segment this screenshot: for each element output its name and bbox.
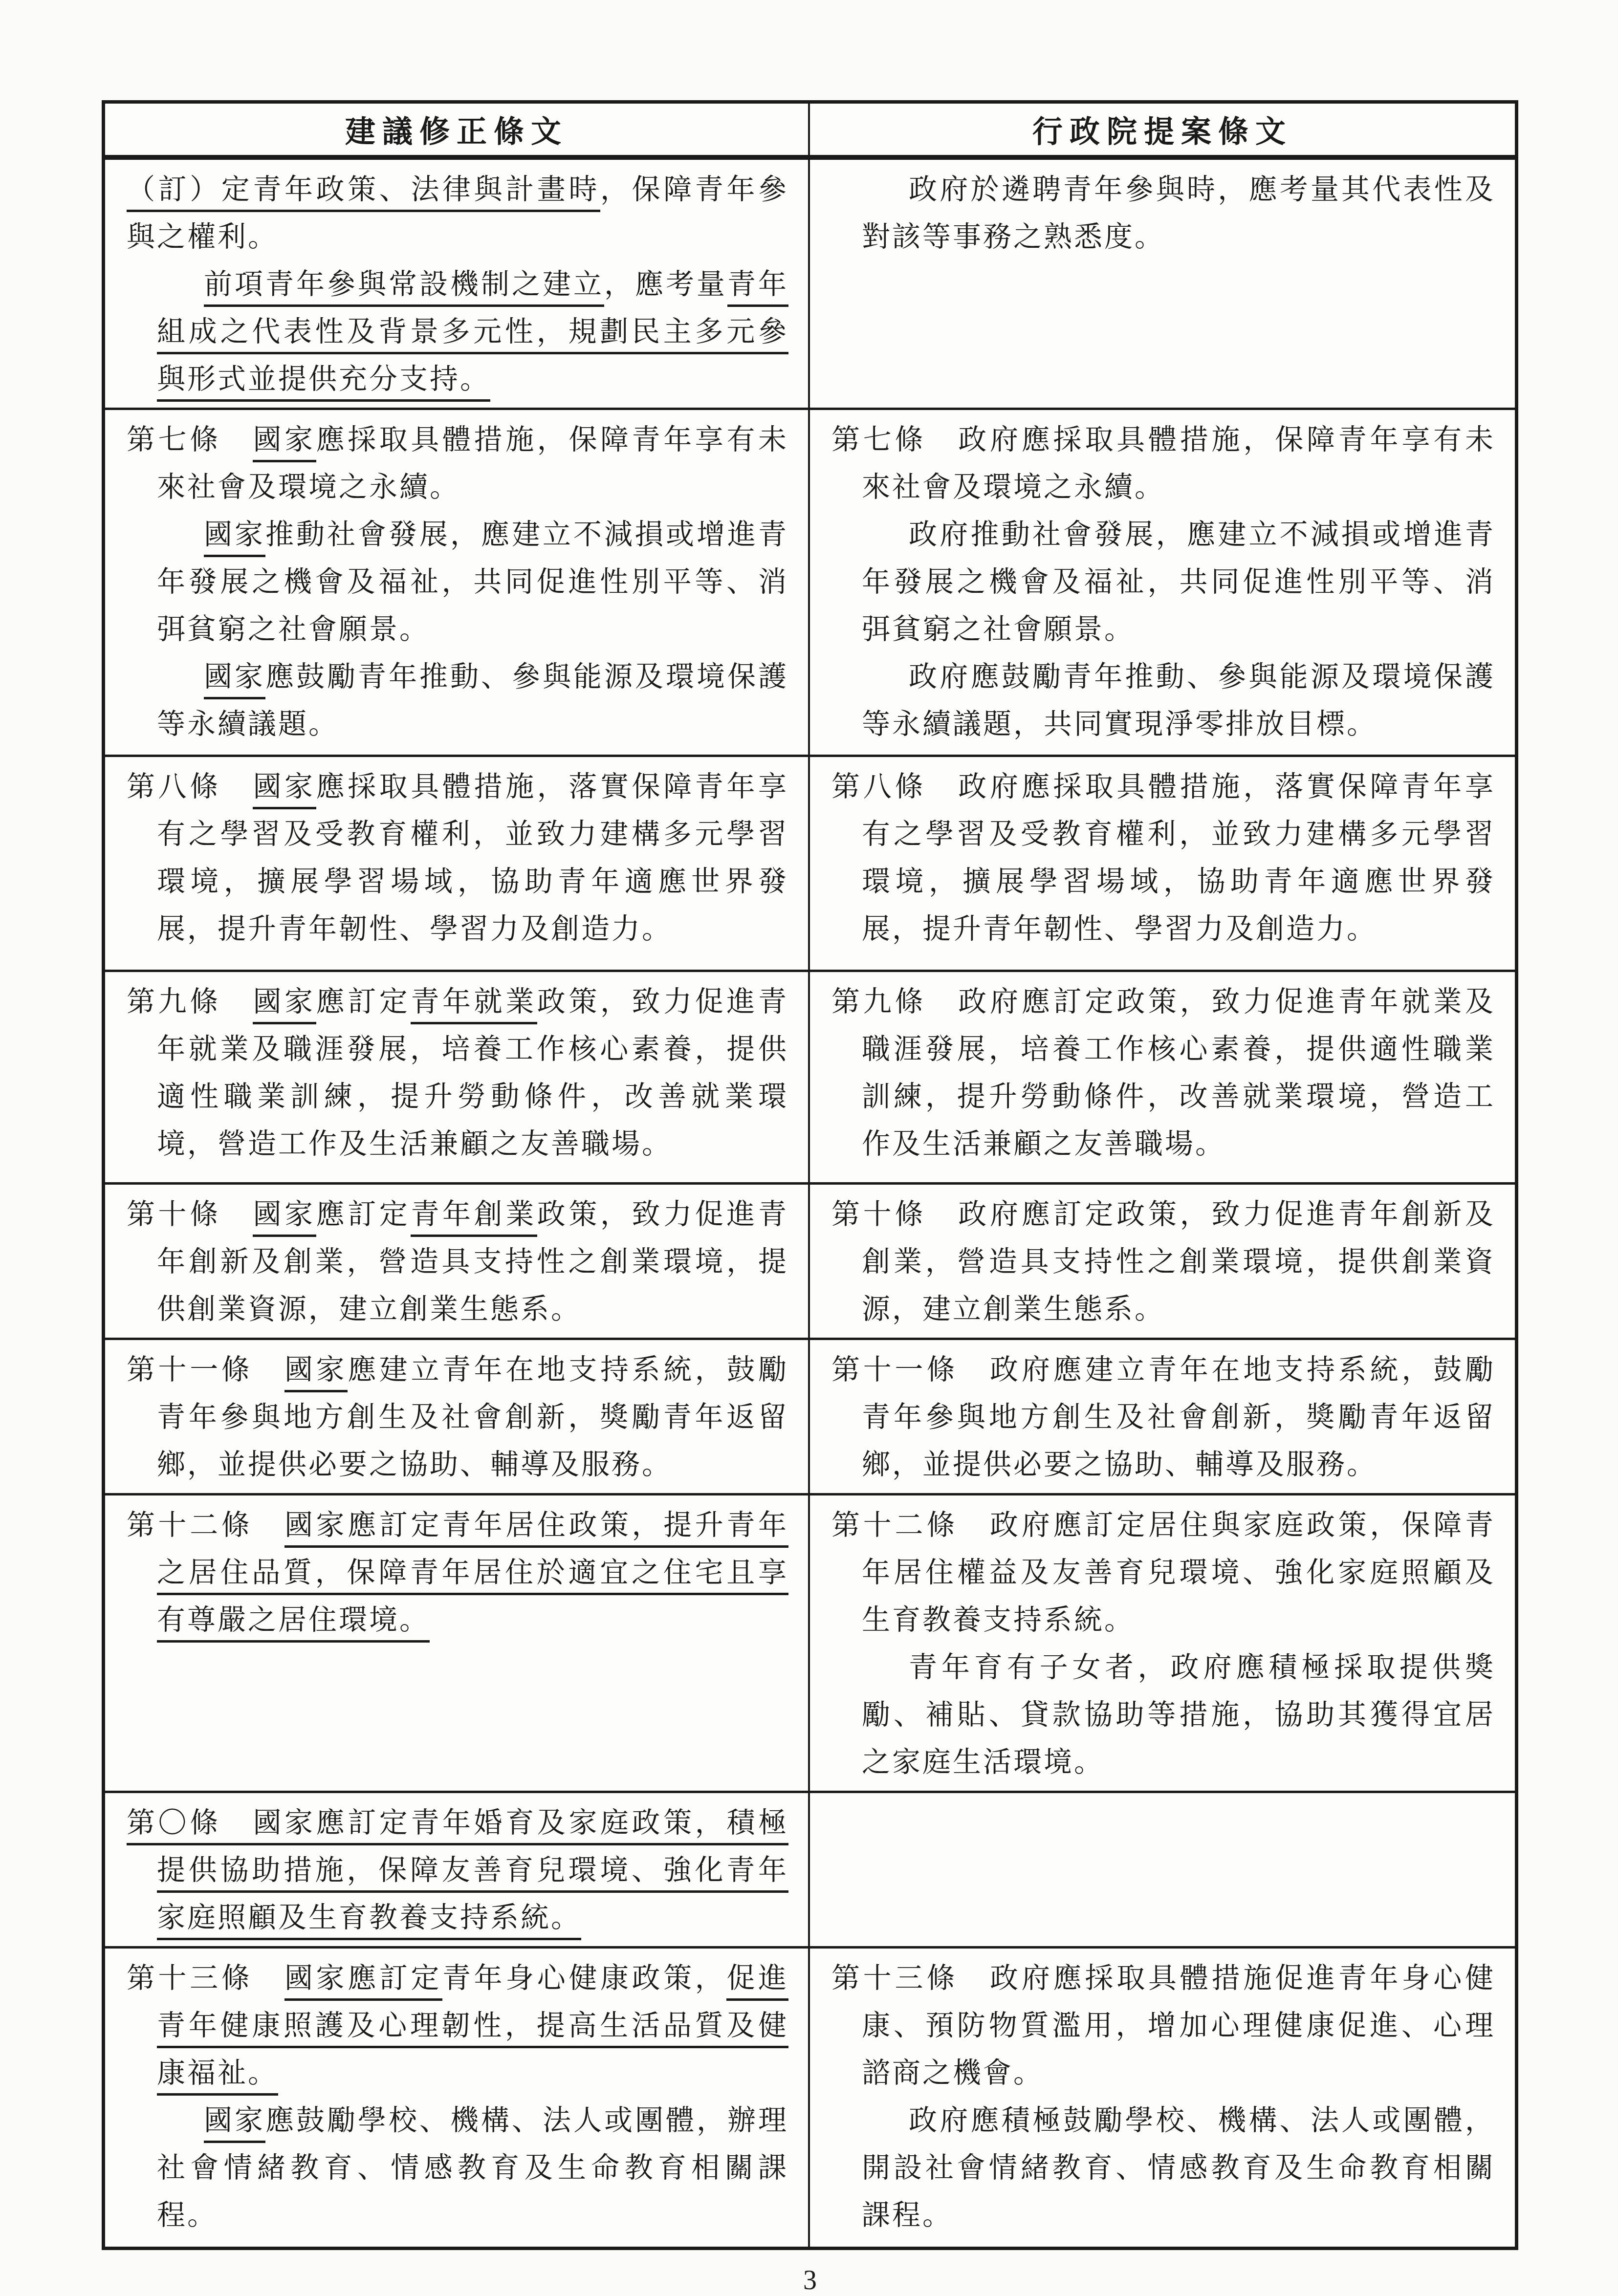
clause-paragraph: 政府應鼓勵青年推動、參與能源及環境保護等永續議題，共同實現淨零排放目標。 (831, 653, 1495, 748)
underlined-text-run: 國家 (253, 771, 316, 809)
table-row-article-10: 第十條 國家應訂定青年創業政策，致力促進青年創新及創業，營造具支持性之創業環境，… (105, 1185, 1515, 1340)
table-row-article-7: 第七條 國家應採取具體措施，保障青年享有未來社會及環境之永續。國家推動社會發展，… (105, 410, 1515, 757)
underlined-text-run: 國家 (284, 1354, 348, 1392)
table-row-article-6-cont: （訂）定青年政策、法律與計畫時，保障青年參與之權利。前項青年參與常設機制之建立，… (105, 160, 1515, 410)
text-run: 第十三條 (127, 1962, 284, 1994)
text-run: 第十條 (127, 1198, 253, 1230)
underlined-text-run: 國家 (253, 986, 316, 1024)
cell-right-article-0 (810, 1793, 1515, 1946)
cell-right-article-9: 第九條 政府應訂定政策，致力促進青年就業及職涯發展，培養工作核心素養，提供適性職… (810, 972, 1515, 1182)
text-run: 第七條 政府應採取具體措施，保障青年享有未來社會及環境之永續。 (831, 424, 1495, 503)
page-number: 3 (102, 2265, 1518, 2296)
text-run: 第十二條 (127, 1509, 284, 1541)
text-run: 第九條 政府應訂定政策，致力促進青年就業及職涯發展，培養工作核心素養，提供適性職… (831, 986, 1495, 1160)
text-run: 第九條 (127, 986, 253, 1018)
clause-paragraph: 國家應鼓勵學校、機構、法人或團體，辦理社會情緒教育、情感教育及生命教育相關課程。 (127, 2097, 788, 2239)
clause-paragraph: 第九條 政府應訂定政策，致力促進青年就業及職涯發展，培養工作核心素養，提供適性職… (831, 978, 1495, 1168)
clause-paragraph: 第十條 政府應訂定政策，致力促進青年創新及創業，營造具支持性之創業環境，提供創業… (831, 1191, 1495, 1333)
clause-paragraph: 第七條 政府應採取具體措施，保障青年享有未來社會及環境之永續。 (831, 416, 1495, 511)
clause-comparison-table: 建議修正條文 行政院提案條文 （訂）定青年政策、法律與計畫時，保障青年參與之權利… (102, 100, 1518, 2250)
clause-paragraph: 前項青年參與常設機制之建立，應考量青年組成之代表性及背景多元性，規劃民主多元參與… (127, 260, 788, 403)
clause-paragraph: 第九條 國家應訂定青年就業政策，致力促進青年就業及職涯發展，培養工作核心素養，提… (127, 978, 788, 1168)
text-run: 青年身心健康政策， (442, 1962, 726, 1994)
underlined-text-run: 國家應訂定 (284, 1962, 442, 2001)
underlined-text-run: 國家 (204, 2104, 265, 2143)
underlined-text-run: （訂）定青年政策、法律與計畫時 (127, 173, 600, 212)
cell-left-article-11: 第十一條 國家應建立青年在地支持系統，鼓勵青年參與地方創生及社會創新，獎勵青年返… (105, 1340, 810, 1493)
underlined-text-run: 國家 (253, 424, 316, 462)
table-row-article-12: 第十二條 國家應訂定青年居住政策，提升青年之居住品質，保障青年居住於適宜之住宅且… (105, 1495, 1515, 1793)
cell-right-article-12: 第十二條 政府應訂定居住與家庭政策，保障青年居住權益及友善育兒環境、強化家庭照顧… (810, 1495, 1515, 1791)
text-run: 應訂定 (316, 986, 411, 1018)
text-run: 政府應積極鼓勵學校、機構、法人或團體，開設社會情緒教育、情感教育及生命教育相關課… (862, 2104, 1495, 2231)
cell-right-article-7: 第七條 政府應採取具體措施，保障青年享有未來社會及環境之永續。政府推動社會發展，… (810, 410, 1515, 755)
underlined-text-run: 青年就業 (411, 986, 537, 1024)
text-run: 第十三條 政府應採取具體措施促進青年身心健康、預防物質濫用，增加心理健康促進、心… (831, 1962, 1495, 2089)
cell-left-article-12: 第十二條 國家應訂定青年居住政策，提升青年之居住品質，保障青年居住於適宜之住宅且… (105, 1495, 810, 1791)
cell-right-article-8: 第八條 政府應採取具體措施，落實保障青年享有之學習及受教育權利，並致力建構多元學… (810, 757, 1515, 970)
table-row-article-8: 第八條 國家應採取具體措施，落實保障青年享有之學習及受教育權利，並致力建構多元學… (105, 757, 1515, 972)
cell-left-article-10: 第十條 國家應訂定青年創業政策，致力促進青年創新及創業，營造具支持性之創業環境，… (105, 1185, 810, 1338)
cell-right-article-13: 第十三條 政府應採取具體措施促進青年身心健康、預防物質濫用，增加心理健康促進、心… (810, 1949, 1515, 2247)
table-row-article-13: 第十三條 國家應訂定青年身心健康政策，促進青年健康照護及心理韌性，提高生活品質及… (105, 1949, 1515, 2247)
column-header-proposed-amendment: 建議修正條文 (105, 104, 810, 155)
text-run: 第十二條 政府應訂定居住與家庭政策，保障青年居住權益及友善育兒環境、強化家庭照顧… (831, 1509, 1495, 1636)
clause-paragraph: 第七條 國家應採取具體措施，保障青年享有未來社會及環境之永續。 (127, 416, 788, 511)
underlined-text-run: 前項青年參與常設機制之建立 (204, 268, 604, 307)
cell-left-article-9: 第九條 國家應訂定青年就業政策，致力促進青年就業及職涯發展，培養工作核心素養，提… (105, 972, 810, 1182)
column-header-executive-yuan-draft: 行政院提案條文 (810, 104, 1515, 155)
table-row-article-9: 第九條 國家應訂定青年就業政策，致力促進青年就業及職涯發展，培養工作核心素養，提… (105, 972, 1515, 1185)
underlined-text-run: 青年創業 (411, 1198, 537, 1237)
clause-paragraph: 政府於遴聘青年參與時，應考量其代表性及對該等事務之熟悉度。 (831, 166, 1495, 260)
cell-left-article-7: 第七條 國家應採取具體措施，保障青年享有未來社會及環境之永續。國家推動社會發展，… (105, 410, 810, 755)
table-header-row: 建議修正條文 行政院提案條文 (105, 104, 1515, 160)
clause-paragraph: 政府應積極鼓勵學校、機構、法人或團體，開設社會情緒教育、情感教育及生命教育相關課… (831, 2097, 1495, 2239)
text-run: 第八條 政府應採取具體措施，落實保障青年享有之學習及受教育權利，並致力建構多元學… (831, 771, 1495, 945)
text-run: 第八條 (127, 771, 253, 802)
clause-paragraph: 第十條 國家應訂定青年創業政策，致力促進青年創新及創業，營造具支持性之創業環境，… (127, 1191, 788, 1333)
clause-paragraph: 青年育有子女者，政府應積極採取提供獎勵、補貼、貸款協助等措施，協助其獲得宜居之家… (831, 1644, 1495, 1786)
text-run: 政府應鼓勵青年推動、參與能源及環境保護等永續議題，共同實現淨零排放目標。 (862, 661, 1495, 740)
underlined-text-run: 國家 (204, 519, 265, 557)
clause-paragraph: 第十三條 政府應採取具體措施促進青年身心健康、預防物質濫用，增加心理健康促進、心… (831, 1954, 1495, 2097)
clause-paragraph: 第十二條 政府應訂定居住與家庭政策，保障青年居住權益及友善育兒環境、強化家庭照顧… (831, 1501, 1495, 1644)
text-run: ，應考量 (604, 268, 727, 300)
clause-paragraph: 第〇條 國家應訂定青年婚育及家庭政策，積極提供協助措施，保障友善育兒環境、強化青… (127, 1799, 788, 1941)
text-run: 第十一條 (127, 1354, 284, 1386)
cell-right-article-11: 第十一條 政府應建立青年在地支持系統，鼓勵青年參與地方創生及社會創新，獎勵青年返… (810, 1340, 1515, 1493)
cell-left-article-6-cont: （訂）定青年政策、法律與計畫時，保障青年參與之權利。前項青年參與常設機制之建立，… (105, 160, 810, 408)
clause-paragraph: 第八條 國家應採取具體措施，落實保障青年享有之學習及受教育權利，並致力建構多元學… (127, 763, 788, 953)
text-run: 第七條 (127, 424, 253, 455)
text-run: 應訂定 (316, 1198, 411, 1230)
clause-paragraph: 第十一條 政府應建立青年在地支持系統，鼓勵青年參與地方創生及社會創新，獎勵青年返… (831, 1346, 1495, 1488)
clause-paragraph: 第十二條 國家應訂定青年居住政策，提升青年之居住品質，保障青年居住於適宜之住宅且… (127, 1501, 788, 1644)
clause-paragraph: 第十一條 國家應建立青年在地支持系統，鼓勵青年參與地方創生及社會創新，獎勵青年返… (127, 1346, 788, 1488)
clause-paragraph: 第八條 政府應採取具體措施，落實保障青年享有之學習及受教育權利，並致力建構多元學… (831, 763, 1495, 953)
table-body: （訂）定青年政策、法律與計畫時，保障青年參與之權利。前項青年參與常設機制之建立，… (105, 160, 1515, 2247)
text-run: 第十條 政府應訂定政策，致力促進青年創新及創業，營造具支持性之創業環境，提供創業… (831, 1198, 1495, 1325)
clause-paragraph: 政府推動社會發展，應建立不減損或增進青年發展之機會及福祉，共同促進性別平等、消弭… (831, 511, 1495, 653)
table-row-article-11: 第十一條 國家應建立青年在地支持系統，鼓勵青年參與地方創生及社會創新，獎勵青年返… (105, 1340, 1515, 1495)
underlined-text-run: 國家 (253, 1198, 316, 1237)
text-run: 青年育有子女者，政府應積極採取提供獎勵、補貼、貸款協助等措施，協助其獲得宜居之家… (862, 1651, 1495, 1778)
text-run: 政府於遴聘青年參與時，應考量其代表性及對該等事務之熟悉度。 (862, 173, 1495, 253)
cell-left-article-0: 第〇條 國家應訂定青年婚育及家庭政策，積極提供協助措施，保障友善育兒環境、強化青… (105, 1793, 810, 1946)
underlined-text-run: 第〇條 國家應訂定青年婚育及家庭政策，積極提供協助措施，保障友善育兒環境、強化青… (127, 1807, 788, 1940)
cell-left-article-8: 第八條 國家應採取具體措施，落實保障青年享有之學習及受教育權利，並致力建構多元學… (105, 757, 810, 970)
text-run: 政府推動社會發展，應建立不減損或增進青年發展之機會及福祉，共同促進性別平等、消弭… (862, 519, 1495, 645)
cell-right-article-6-cont: 政府於遴聘青年參與時，應考量其代表性及對該等事務之熟悉度。 (810, 160, 1515, 408)
cell-left-article-13: 第十三條 國家應訂定青年身心健康政策，促進青年健康照護及心理韌性，提高生活品質及… (105, 1949, 810, 2247)
clause-paragraph: （訂）定青年政策、法律與計畫時，保障青年參與之權利。 (127, 166, 788, 260)
underlined-text-run: 國家 (204, 661, 265, 699)
clause-paragraph: 第十三條 國家應訂定青年身心健康政策，促進青年健康照護及心理韌性，提高生活品質及… (127, 1954, 788, 2097)
clause-paragraph: 國家推動社會發展，應建立不減損或增進青年發展之機會及福祉，共同促進性別平等、消弭… (127, 511, 788, 653)
scanned-document-page: 建議修正條文 行政院提案條文 （訂）定青年政策、法律與計畫時，保障青年參與之權利… (0, 0, 1618, 2287)
table-row-article-0: 第〇條 國家應訂定青年婚育及家庭政策，積極提供協助措施，保障友善育兒環境、強化青… (105, 1793, 1515, 1949)
text-run: 第十一條 政府應建立青年在地支持系統，鼓勵青年參與地方創生及社會創新，獎勵青年返… (831, 1354, 1495, 1480)
cell-right-article-10: 第十條 政府應訂定政策，致力促進青年創新及創業，營造具支持性之創業環境，提供創業… (810, 1185, 1515, 1338)
clause-paragraph: 國家應鼓勵青年推動、參與能源及環境保護等永續議題。 (127, 653, 788, 748)
